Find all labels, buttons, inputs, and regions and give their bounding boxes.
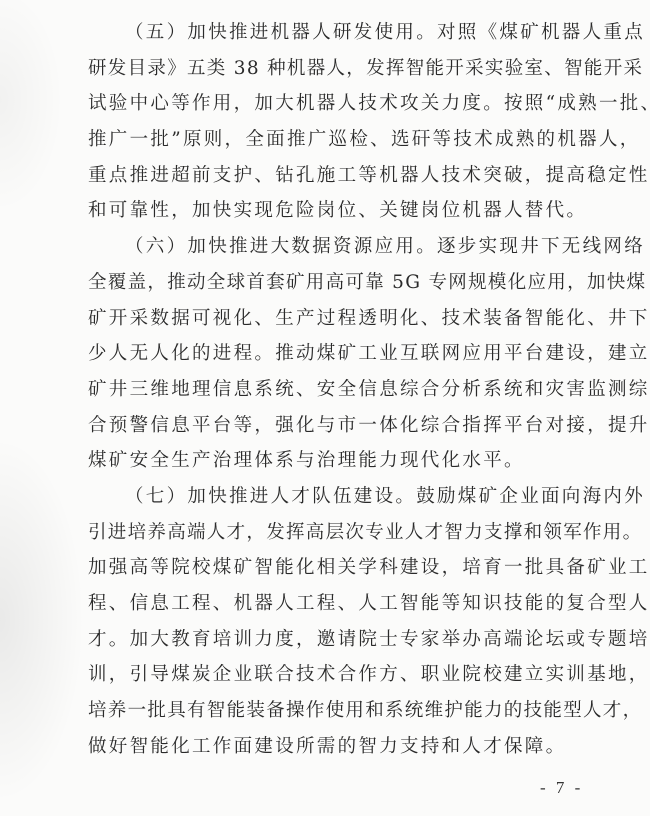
document-body: （五）加快推进机器人研发使用。对照《煤矿机器人重点 研发目录》五类 38 种机器…	[88, 15, 588, 764]
paragraph-line: （七）加快推进人才队伍建设。鼓励煤矿企业面向海内外	[88, 479, 588, 515]
paragraph-line: 重点推进超前支护、钻孔施工等机器人技术突破，提高稳定性	[88, 158, 588, 194]
paragraph-line: 培养一批具有智能装备操作使用和系统维护能力的技能型人才，	[88, 693, 588, 729]
paragraph-line: 推广一批”原则，全面推广巡检、选矸等技术成熟的机器人，	[88, 122, 588, 158]
page-number: - 7 -	[540, 778, 583, 798]
paragraph-line: 训，引导煤炭企业联合技术合作方、职业院校建立实训基地，	[88, 657, 588, 693]
paragraph-line: （五）加快推进机器人研发使用。对照《煤矿机器人重点	[88, 15, 588, 51]
paragraph-line: 引进培养高端人才，发挥高层次专业人才智力支撑和领军作用。	[88, 515, 588, 551]
paragraph-line: （六）加快推进大数据资源应用。逐步实现井下无线网络	[88, 229, 588, 265]
paragraph-line: 矿井三维地理信息系统、安全信息综合分析系统和灾害监测综	[88, 372, 588, 408]
paragraph-line: 煤矿安全生产治理体系与治理能力现代化水平。	[88, 443, 588, 479]
document-page: （五）加快推进机器人研发使用。对照《煤矿机器人重点 研发目录》五类 38 种机器…	[0, 0, 650, 816]
paragraph-robots: （五）加快推进机器人研发使用。对照《煤矿机器人重点 研发目录》五类 38 种机器…	[88, 15, 588, 229]
paragraph-line: 试验中心等作用，加大机器人技术攻关力度。按照“成熟一批、	[88, 86, 588, 122]
paragraph-line: 加强高等院校煤矿智能化相关学科建设，培育一批具备矿业工	[88, 550, 588, 586]
paragraph-line: 合预警信息平台等，强化与市一体化综合指挥平台对接，提升	[88, 408, 588, 444]
paragraph-line: 全覆盖，推动全球首套矿用高可靠 5G 专网规模化应用，加快煤	[88, 265, 588, 301]
paragraph-line: 和可靠性，加快实现危险岗位、关键岗位机器人替代。	[88, 193, 588, 229]
paragraph-line: 少人无人化的进程。推动煤矿工业互联网应用平台建设，建立	[88, 336, 588, 372]
paragraph-line: 程、信息工程、机器人工程、人工智能等知识技能的复合型人	[88, 586, 588, 622]
paragraph-talent: （七）加快推进人才队伍建设。鼓励煤矿企业面向海内外 引进培养高端人才，发挥高层次…	[88, 479, 588, 765]
paragraph-line: 才。加大教育培训力度，邀请院士专家举办高端论坛或专题培	[88, 622, 588, 658]
paragraph-line: 研发目录》五类 38 种机器人，发挥智能开采实验室、智能开采	[88, 51, 588, 87]
paragraph-line: 矿开采数据可视化、生产过程透明化、技术装备智能化、井下	[88, 301, 588, 337]
paragraph-line: 做好智能化工作面建设所需的智力支持和人才保障。	[88, 729, 588, 765]
paragraph-big-data: （六）加快推进大数据资源应用。逐步实现井下无线网络 全覆盖，推动全球首套矿用高可…	[88, 229, 588, 479]
